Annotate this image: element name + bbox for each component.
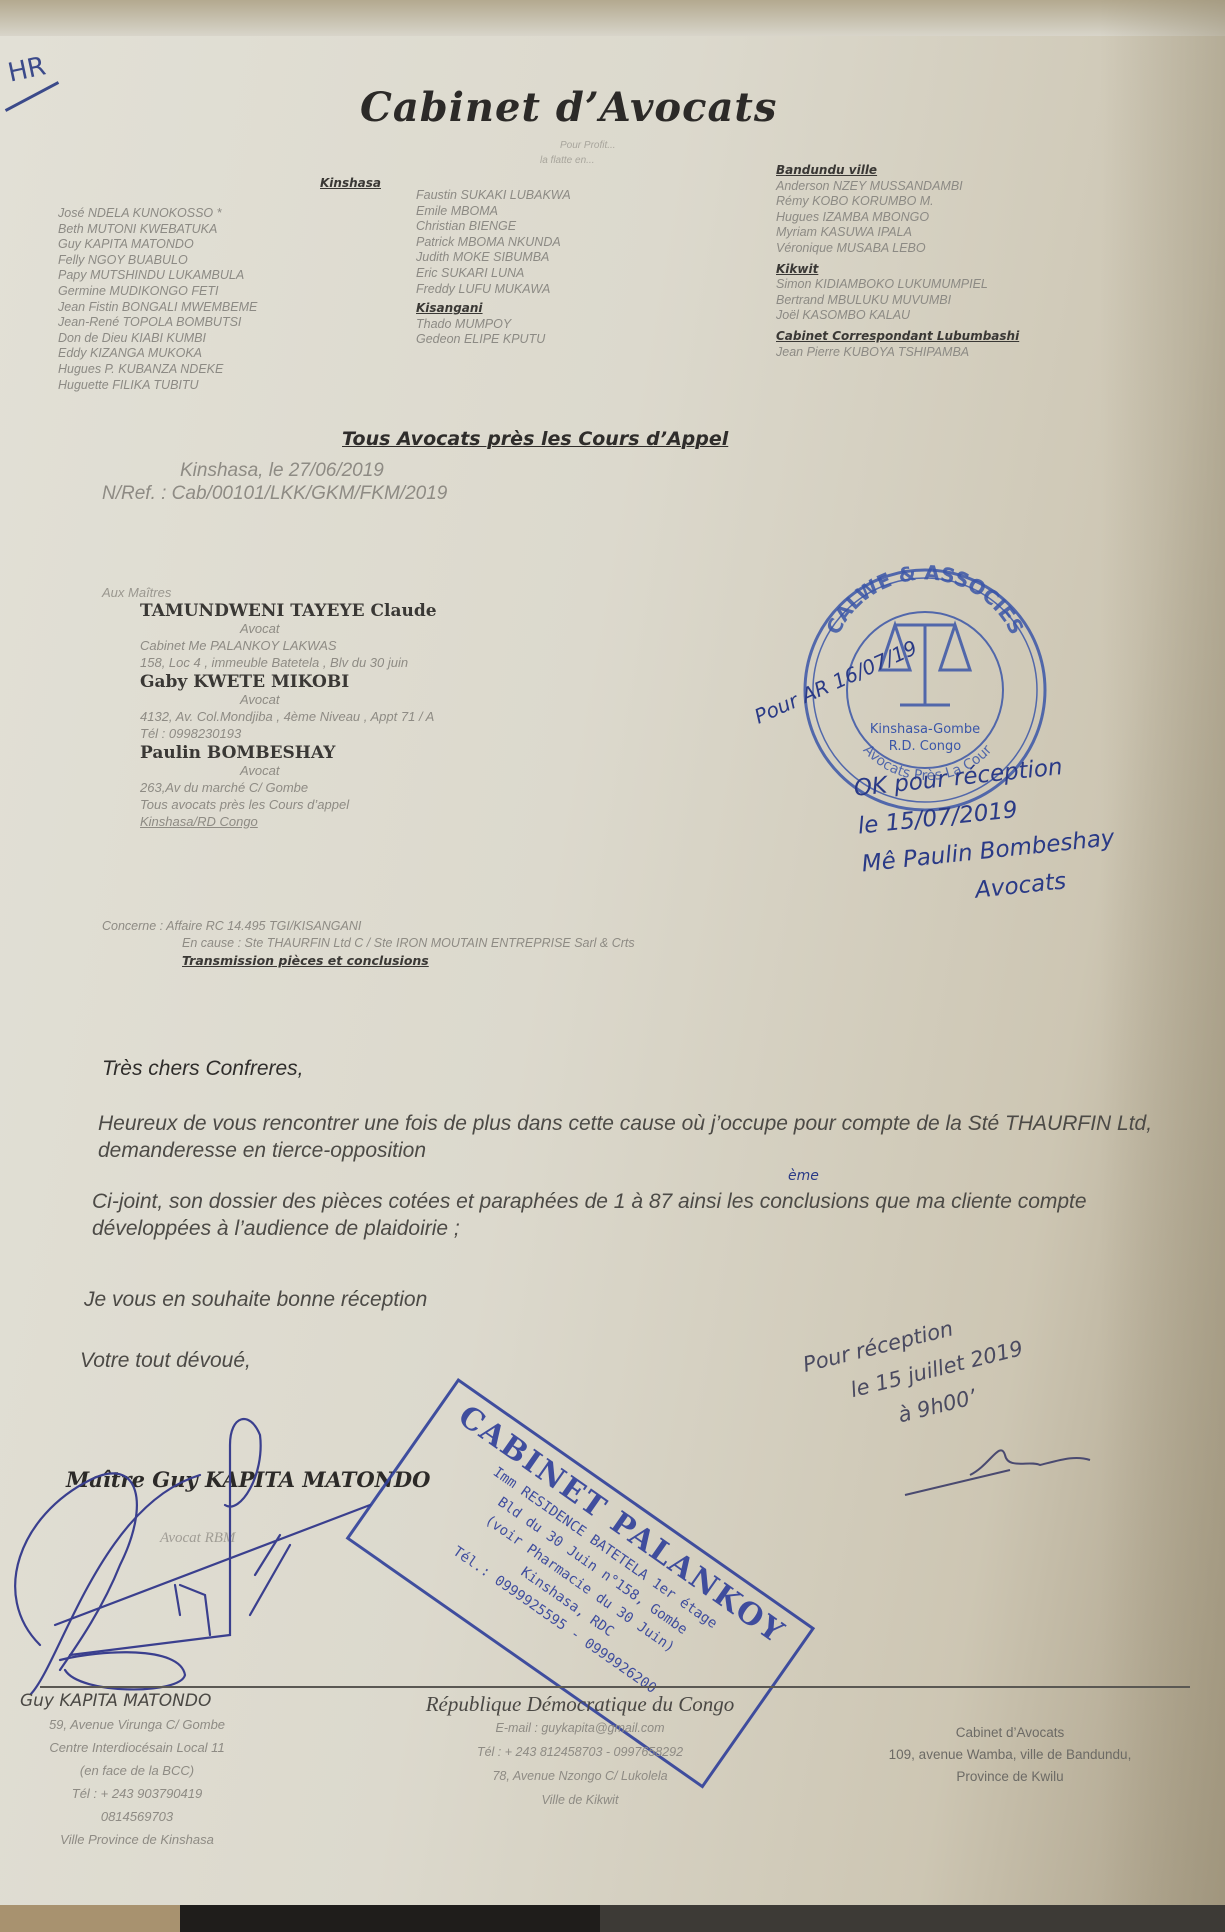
case-reference: Concerne : Affaire RC 14.495 TGI/KISANGA… bbox=[102, 918, 635, 935]
letterhead-faint-line: Pour Profit... bbox=[560, 140, 616, 151]
closing-signoff: Votre tout dévoué, bbox=[80, 1347, 251, 1374]
photo-bottom-edge bbox=[0, 1905, 1225, 1932]
lawyer-name: Véronique MUSABA LEBO bbox=[776, 241, 1019, 257]
page-shadow bbox=[1100, 0, 1225, 1932]
footer-line: Tél : + 243 812458703 - 0997658292 bbox=[370, 1740, 790, 1764]
footer-line: Cabinet d’Avocats bbox=[845, 1722, 1175, 1744]
recipient-address-line: 158, Loc 4 , immeuble Batetela , Blv du … bbox=[140, 654, 437, 671]
lawyer-name: Jean Fistin BONGALI MWEMBEME bbox=[58, 300, 257, 316]
lawyer-name: Christian BIENGE bbox=[416, 219, 571, 235]
lawyer-name: Don de Dieu KIABI KUMBI bbox=[58, 331, 257, 347]
recipient-name: TAMUNDWENI TAYEYE Claude bbox=[140, 603, 437, 620]
footer-line: Province de Kwilu bbox=[845, 1766, 1175, 1788]
recipient-name: Gaby KWETE MIKOBI bbox=[140, 674, 437, 691]
letterhead-faint-line: la flatte en... bbox=[540, 155, 594, 166]
stamp-center-line: R.D. Congo bbox=[889, 739, 961, 754]
kinshasa-heading: Kinshasa bbox=[320, 176, 381, 192]
letterhead-tagline: Tous Avocats près les Cours d’Appel bbox=[342, 428, 728, 450]
recipient-address-line: 263,Av du marché C/ Gombe bbox=[140, 779, 437, 796]
lawyer-name: Guy KAPITA MATONDO bbox=[58, 237, 257, 253]
lawyer-name: Patrick MBOMA NKUNDA bbox=[416, 235, 571, 251]
footer-divider bbox=[40, 1686, 1190, 1688]
closing-line: Je vous en souhaite bonne réception bbox=[84, 1286, 427, 1313]
lawyer-name: Emile MBOMA bbox=[416, 204, 571, 220]
lawyer-name: Germine MUDIKONGO FETI bbox=[58, 284, 257, 300]
place-and-date: Kinshasa, le 27/06/2019 bbox=[180, 460, 384, 482]
margin-handwritten-note: HR bbox=[5, 51, 48, 88]
kinshasa-lawyers-column-1: José NDELA KUNOKOSSO *Beth MUTONI KWEBAT… bbox=[58, 206, 257, 393]
footer-lawyer-name: Guy KAPITA MATONDO bbox=[20, 1690, 252, 1713]
bandundu-heading: Bandundu ville bbox=[776, 163, 1019, 179]
lubumbashi-heading: Cabinet Correspondant Lubumbashi bbox=[776, 329, 1019, 345]
lawyer-name: Joël KASOMBO KALAU bbox=[776, 308, 1019, 324]
recipient-role: Avocat bbox=[140, 620, 437, 637]
lawyer-name: Gedeon ELIPE KPUTU bbox=[416, 332, 571, 348]
lawyer-name: Anderson NZEY MUSSANDAMBI bbox=[776, 179, 1019, 195]
footer-center-address: République Démocratique du Congo E-mail … bbox=[370, 1692, 790, 1812]
footer-line: Tél : + 243 903790419 bbox=[22, 1782, 252, 1805]
lawyer-name: Rémy KOBO KORUMBO M. bbox=[776, 194, 1019, 210]
recipient-block: TAMUNDWENI TAYEYE ClaudeAvocatCabinet Me… bbox=[140, 603, 437, 830]
lawyer-name: Judith MOKE SIBUMBA bbox=[416, 250, 571, 266]
case-parties: En cause : Ste THAURFIN Ltd C / Ste IRON… bbox=[102, 935, 635, 952]
recipient-address-line: Tous avocats près les Cours d’appel bbox=[140, 796, 437, 813]
recipient-address-line: Tél : 0998230193 bbox=[140, 725, 437, 742]
footer-right-address: Cabinet d’Avocats109, avenue Wamba, vill… bbox=[845, 1722, 1175, 1788]
kinshasa-lawyers-column-2: Faustin SUKAKI LUBAKWAEmile MBOMAChristi… bbox=[416, 188, 571, 348]
body-paragraph-2: Ci-joint, son dossier des pièces cotées … bbox=[92, 1188, 1162, 1242]
lawyer-name: Hugues IZAMBA MBONGO bbox=[776, 210, 1019, 226]
footer-line: (en face de la BCC) bbox=[22, 1759, 252, 1782]
lawyer-name: Eric SUKARI LUNA bbox=[416, 266, 571, 282]
lawyer-name: Bertrand MBULUKU MUVUMBI bbox=[776, 293, 1019, 309]
footer-country: République Démocratique du Congo bbox=[370, 1692, 790, 1716]
receipt-acknowledgement-note: OK pour réceptionle 15/07/2019Mê Paulin … bbox=[852, 743, 1120, 921]
footer-line: 59, Avenue Virunga C/ Gombe bbox=[22, 1713, 252, 1736]
recipient-role: Avocat bbox=[140, 691, 437, 708]
footer-line: Ville Province de Kinshasa bbox=[22, 1828, 252, 1851]
receipt-signature bbox=[900, 1430, 1100, 1510]
lawyer-name: Jean Pierre KUBOYA TSHIPAMBA bbox=[776, 345, 1019, 361]
photo-top-edge bbox=[0, 0, 1225, 36]
lawyer-name: José NDELA KUNOKOSSO * bbox=[58, 206, 257, 222]
recipients-intro: Aux Maîtres bbox=[102, 585, 171, 600]
lawyer-name: Huguette FILIKA TUBITU bbox=[58, 378, 257, 394]
lawyer-name: Jean-René TOPOLA BOMBUTSI bbox=[58, 315, 257, 331]
body-paragraph-1: Heureux de vous rencontrer une fois de p… bbox=[98, 1110, 1158, 1164]
lawyer-name: Thado MUMPOY bbox=[416, 317, 571, 333]
footer-line: Centre Interdiocésain Local 11 bbox=[22, 1736, 252, 1759]
lawyer-name: Hugues P. KUBANZA NDEKE bbox=[58, 362, 257, 378]
footer-line: 78, Avenue Nzongo C/ Lukolela bbox=[370, 1764, 790, 1788]
footer-left-address: Guy KAPITA MATONDO 59, Avenue Virunga C/… bbox=[22, 1690, 252, 1851]
lawyer-name: Felly NGOY BUABULO bbox=[58, 253, 257, 269]
recipient-address-line: Kinshasa/RD Congo bbox=[140, 813, 437, 830]
recipient-name: Paulin BOMBESHAY bbox=[140, 745, 437, 762]
handwritten-insertion: ème bbox=[788, 1168, 819, 1184]
letter-subject: Transmission pièces et conclusions bbox=[182, 953, 429, 968]
kisangani-heading: Kisangani bbox=[416, 301, 571, 317]
recipient-address-line: 4132, Av. Col.Mondjiba , 4ème Niveau , A… bbox=[140, 708, 437, 725]
recipient-role: Avocat bbox=[140, 762, 437, 779]
lawyer-name: Faustin SUKAKI LUBAKWA bbox=[416, 188, 571, 204]
firm-title: Cabinet d’Avocats bbox=[360, 84, 777, 131]
salutation: Très chers Confreres, bbox=[102, 1055, 304, 1082]
lawyer-name: Simon KIDIAMBOKO LUKUMUMPIEL bbox=[776, 277, 1019, 293]
section-heading: Kinshasa bbox=[320, 176, 381, 190]
kikwit-heading: Kikwit bbox=[776, 262, 1019, 278]
lawyer-name: Myriam KASUWA IPALA bbox=[776, 225, 1019, 241]
lawyer-name: Papy MUTSHINDU LUKAMBULA bbox=[58, 268, 257, 284]
lawyer-name: Beth MUTONI KWEBATUKA bbox=[58, 222, 257, 238]
footer-line: 0814569703 bbox=[22, 1805, 252, 1828]
lawyer-name: Eddy KIZANGA MUKOKA bbox=[58, 346, 257, 362]
reference-number: N/Ref. : Cab/00101/LKK/GKM/FKM/2019 bbox=[102, 483, 447, 505]
footer-line: 109, avenue Wamba, ville de Bandundu, bbox=[845, 1744, 1175, 1766]
regional-lawyers-column: Bandundu ville Anderson NZEY MUSSANDAMBI… bbox=[776, 163, 1019, 360]
recipient-address-line: Cabinet Me PALANKOY LAKWAS bbox=[140, 637, 437, 654]
footer-line: E-mail : guykapita@gmail.com bbox=[370, 1716, 790, 1740]
subject-block: Concerne : Affaire RC 14.495 TGI/KISANGA… bbox=[102, 918, 635, 970]
stamp-center-line: Kinshasa-Gombe bbox=[870, 722, 980, 737]
lawyer-name: Freddy LUFU MUKAWA bbox=[416, 282, 571, 298]
footer-line: Ville de Kikwit bbox=[370, 1788, 790, 1812]
